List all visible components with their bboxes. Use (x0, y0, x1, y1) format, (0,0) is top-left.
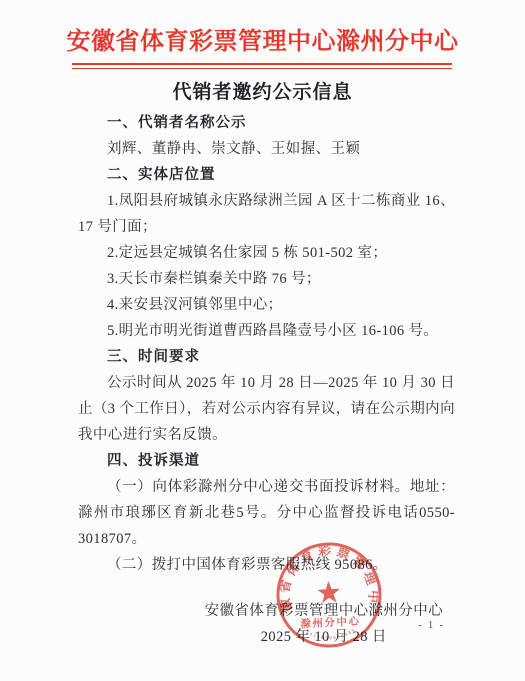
document-page: 安徽省体育彩票管理中心滁州分中心 代销者邀约公示信息 一、代销者名称公示 刘辉、… (0, 0, 525, 681)
document-body: 一、代销者名称公示 刘辉、董静冉、崇文静、王如握、王颖 二、实体店位置 1.凤阳… (0, 110, 525, 578)
signature-block: 安徽省体育彩票管理中心滁州分中心 2025 年 10 月 28 日 (0, 598, 525, 650)
page-number: - 1 - (418, 620, 445, 631)
store-location-item: 4.来安县汊河镇邻里中心； (78, 292, 455, 318)
store-location-item: 5.明光市明光街道曹西路昌隆壹号小区 16-106 号。 (78, 318, 455, 344)
section-1-heading: 一、代销者名称公示 (78, 110, 455, 136)
signature-date: 2025 年 10 月 28 日 (205, 624, 443, 650)
retailer-names: 刘辉、董静冉、崇文静、王如握、王颖 (78, 136, 455, 162)
section-3-heading: 三、时间要求 (78, 344, 455, 370)
store-location-item: 1.凤阳县府城镇永庆路绿洲兰园 A 区十二栋商业 16、17 号门面； (78, 188, 455, 240)
complaint-channel-item: （二）拨打中国体育彩票客服热线 95086。 (78, 552, 455, 578)
store-location-item: 3.天长市秦栏镇秦关中路 76 号； (78, 266, 455, 292)
section-2-heading: 二、实体店位置 (78, 162, 455, 188)
store-location-item: 2.定远县定城镇名仕家园 5 栋 501-502 室； (78, 240, 455, 266)
letterhead-divider (72, 63, 452, 69)
time-requirement-paragraph: 公示时间从 2025 年 10 月 28 日—2025 年 10 月 30 日止… (78, 370, 455, 448)
document-title: 代销者邀约公示信息 (0, 79, 525, 107)
letterhead-title: 安徽省体育彩票管理中心滁州分中心 (0, 24, 525, 60)
signature-org: 安徽省体育彩票管理中心滁州分中心 (205, 598, 443, 624)
section-4-heading: 四、投诉渠道 (78, 448, 455, 474)
complaint-channel-item: （一）向体彩滁州分中心递交书面投诉材料。地址：滁州市琅琊区育新北巷5号。分中心监… (78, 474, 455, 552)
